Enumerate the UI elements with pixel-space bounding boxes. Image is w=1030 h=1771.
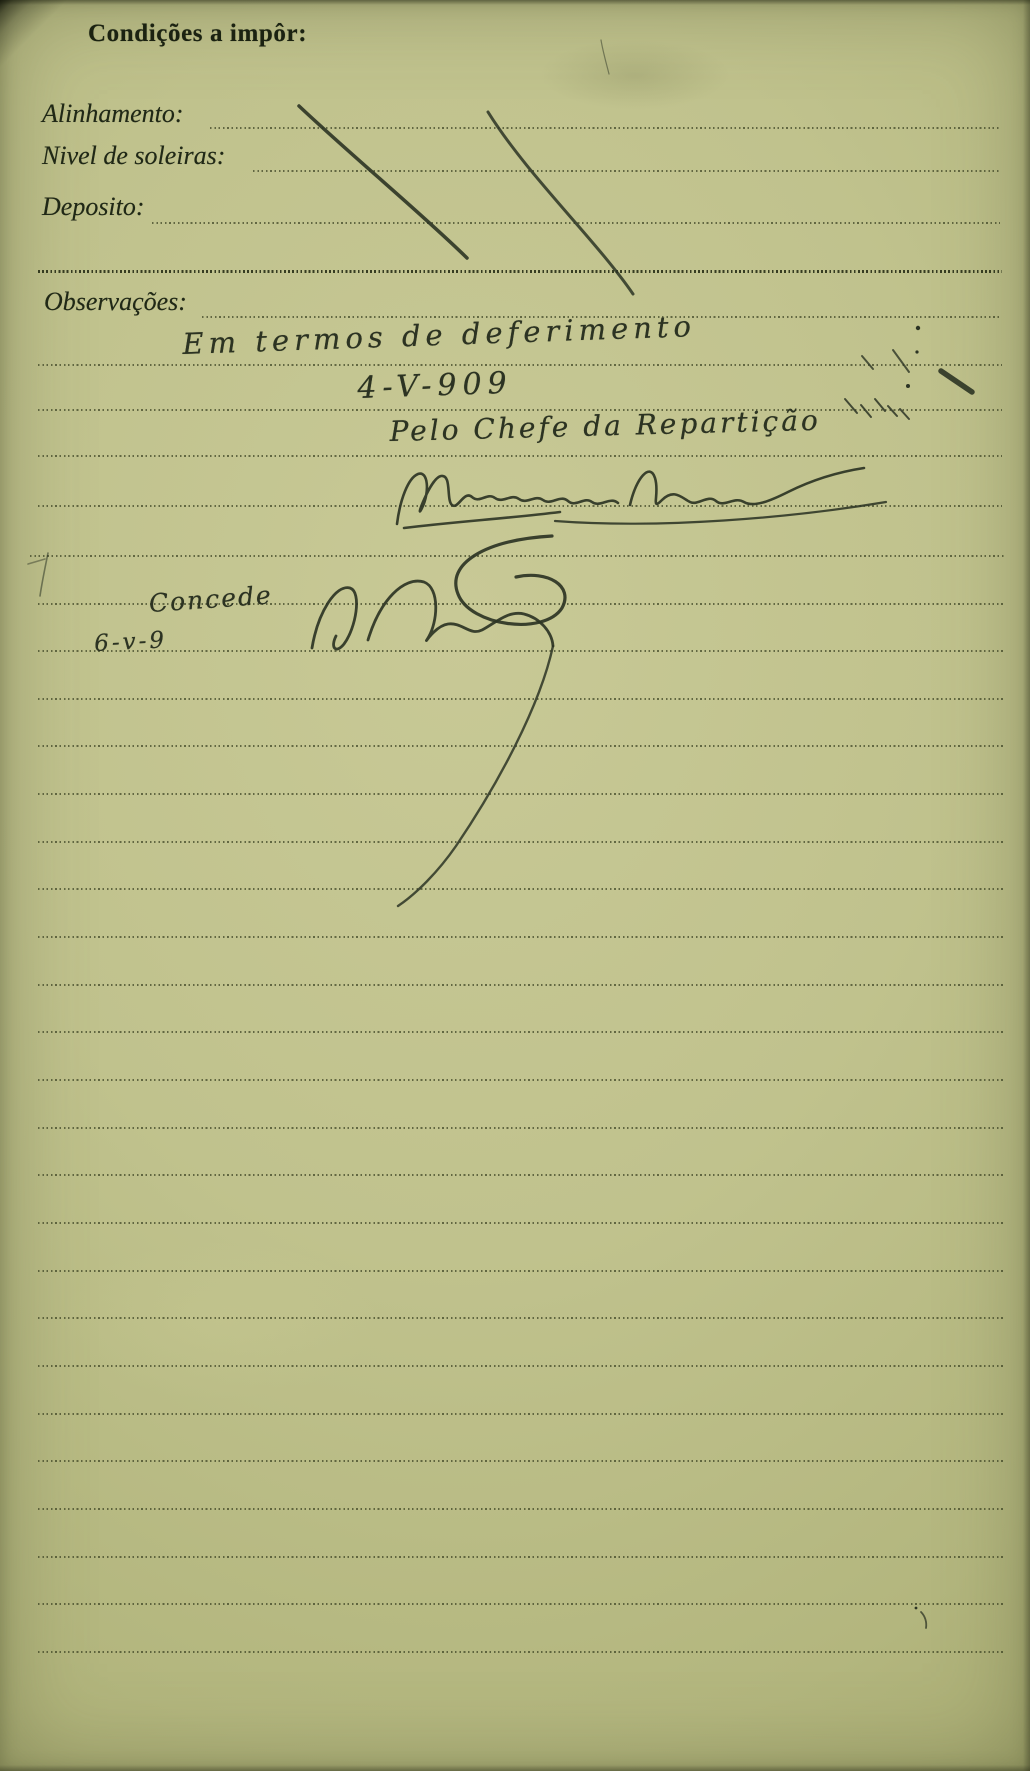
ruled-line bbox=[38, 1079, 1004, 1081]
ruled-line bbox=[38, 364, 1002, 366]
ruled-line bbox=[38, 1460, 1004, 1462]
ruled-line bbox=[38, 505, 1002, 507]
page-edge-shadow-bottom bbox=[0, 1765, 1030, 1771]
signature-rubric bbox=[312, 588, 357, 649]
ruled-line bbox=[38, 455, 1002, 457]
ruled-line bbox=[38, 698, 1004, 700]
pen-mark-left-2 bbox=[28, 559, 45, 564]
ruled-line bbox=[38, 270, 1002, 273]
signature-chefe bbox=[397, 474, 618, 524]
paraph-loop bbox=[456, 536, 565, 624]
ruled-line bbox=[38, 1222, 1004, 1224]
ruled-line bbox=[38, 745, 1004, 747]
ruled-line bbox=[210, 127, 1000, 129]
pen-mark-bottom-dot bbox=[915, 1607, 918, 1610]
ink-dot-2 bbox=[915, 350, 918, 353]
ink-dot-3 bbox=[906, 384, 910, 388]
signature-rubric-body bbox=[368, 581, 553, 646]
handwritten-date-deferral: 4-V-909 bbox=[357, 366, 513, 406]
ruled-line bbox=[38, 888, 1004, 890]
handwritten-grant-date: 6-v-9 bbox=[94, 627, 168, 657]
ruled-line bbox=[38, 1365, 1004, 1367]
ruled-line bbox=[38, 1508, 1004, 1510]
ruled-line bbox=[253, 170, 1000, 172]
scanned-form-page: Condições a impôr: Alinhamento: Nivel de… bbox=[0, 0, 1030, 1771]
ruled-line bbox=[38, 793, 1004, 795]
ruled-line bbox=[38, 936, 1004, 938]
page-title: Condições a impôr: bbox=[88, 20, 307, 48]
pen-tick-6 bbox=[862, 356, 873, 369]
pen-mark-left-1 bbox=[40, 553, 48, 596]
ruled-line bbox=[38, 1603, 1004, 1605]
ruled-line bbox=[38, 1317, 1004, 1319]
field-label-nivel-de-soleiras: Nivel de soleiras: bbox=[42, 141, 225, 171]
pen-mark-bottom bbox=[921, 1612, 926, 1628]
pen-tick-7 bbox=[893, 350, 909, 372]
ruled-line bbox=[38, 984, 1004, 986]
ink-annotations-layer bbox=[0, 0, 1030, 1771]
ink-dot-1 bbox=[916, 326, 920, 330]
ruled-line bbox=[38, 1127, 1004, 1129]
signature-rubric-tail bbox=[398, 646, 553, 906]
pen-slash-right bbox=[488, 112, 633, 294]
ruled-line bbox=[38, 1270, 1004, 1272]
ruled-line bbox=[38, 1174, 1004, 1176]
pen-stroke-heavy bbox=[941, 371, 972, 392]
page-edge-shadow-top bbox=[0, 0, 1030, 5]
handwritten-grant-note: Concede bbox=[148, 580, 274, 618]
dark-corner-top-left bbox=[0, 0, 95, 95]
pen-tick-4 bbox=[888, 406, 897, 416]
ruled-line bbox=[38, 841, 1004, 843]
paraph-top-stroke bbox=[404, 512, 560, 528]
field-label-observacoes: Observações: bbox=[44, 287, 187, 317]
page-edge-shadow-right bbox=[1023, 0, 1030, 1771]
field-label-deposito: Deposito: bbox=[42, 192, 145, 222]
ruled-line bbox=[38, 1651, 1004, 1653]
ruled-line bbox=[38, 650, 1004, 652]
ruled-line bbox=[38, 1413, 1004, 1415]
signature-chefe-surname bbox=[630, 468, 864, 505]
paper-highlight bbox=[60, 1240, 380, 1400]
ruled-line bbox=[38, 1031, 1004, 1033]
paper-stain bbox=[540, 40, 730, 110]
ruled-line bbox=[152, 222, 1000, 224]
pen-tick-2 bbox=[861, 405, 871, 417]
ruled-line bbox=[38, 1556, 1004, 1558]
field-label-alinhamento: Alinhamento: bbox=[42, 99, 184, 129]
ruled-line bbox=[30, 555, 1004, 557]
